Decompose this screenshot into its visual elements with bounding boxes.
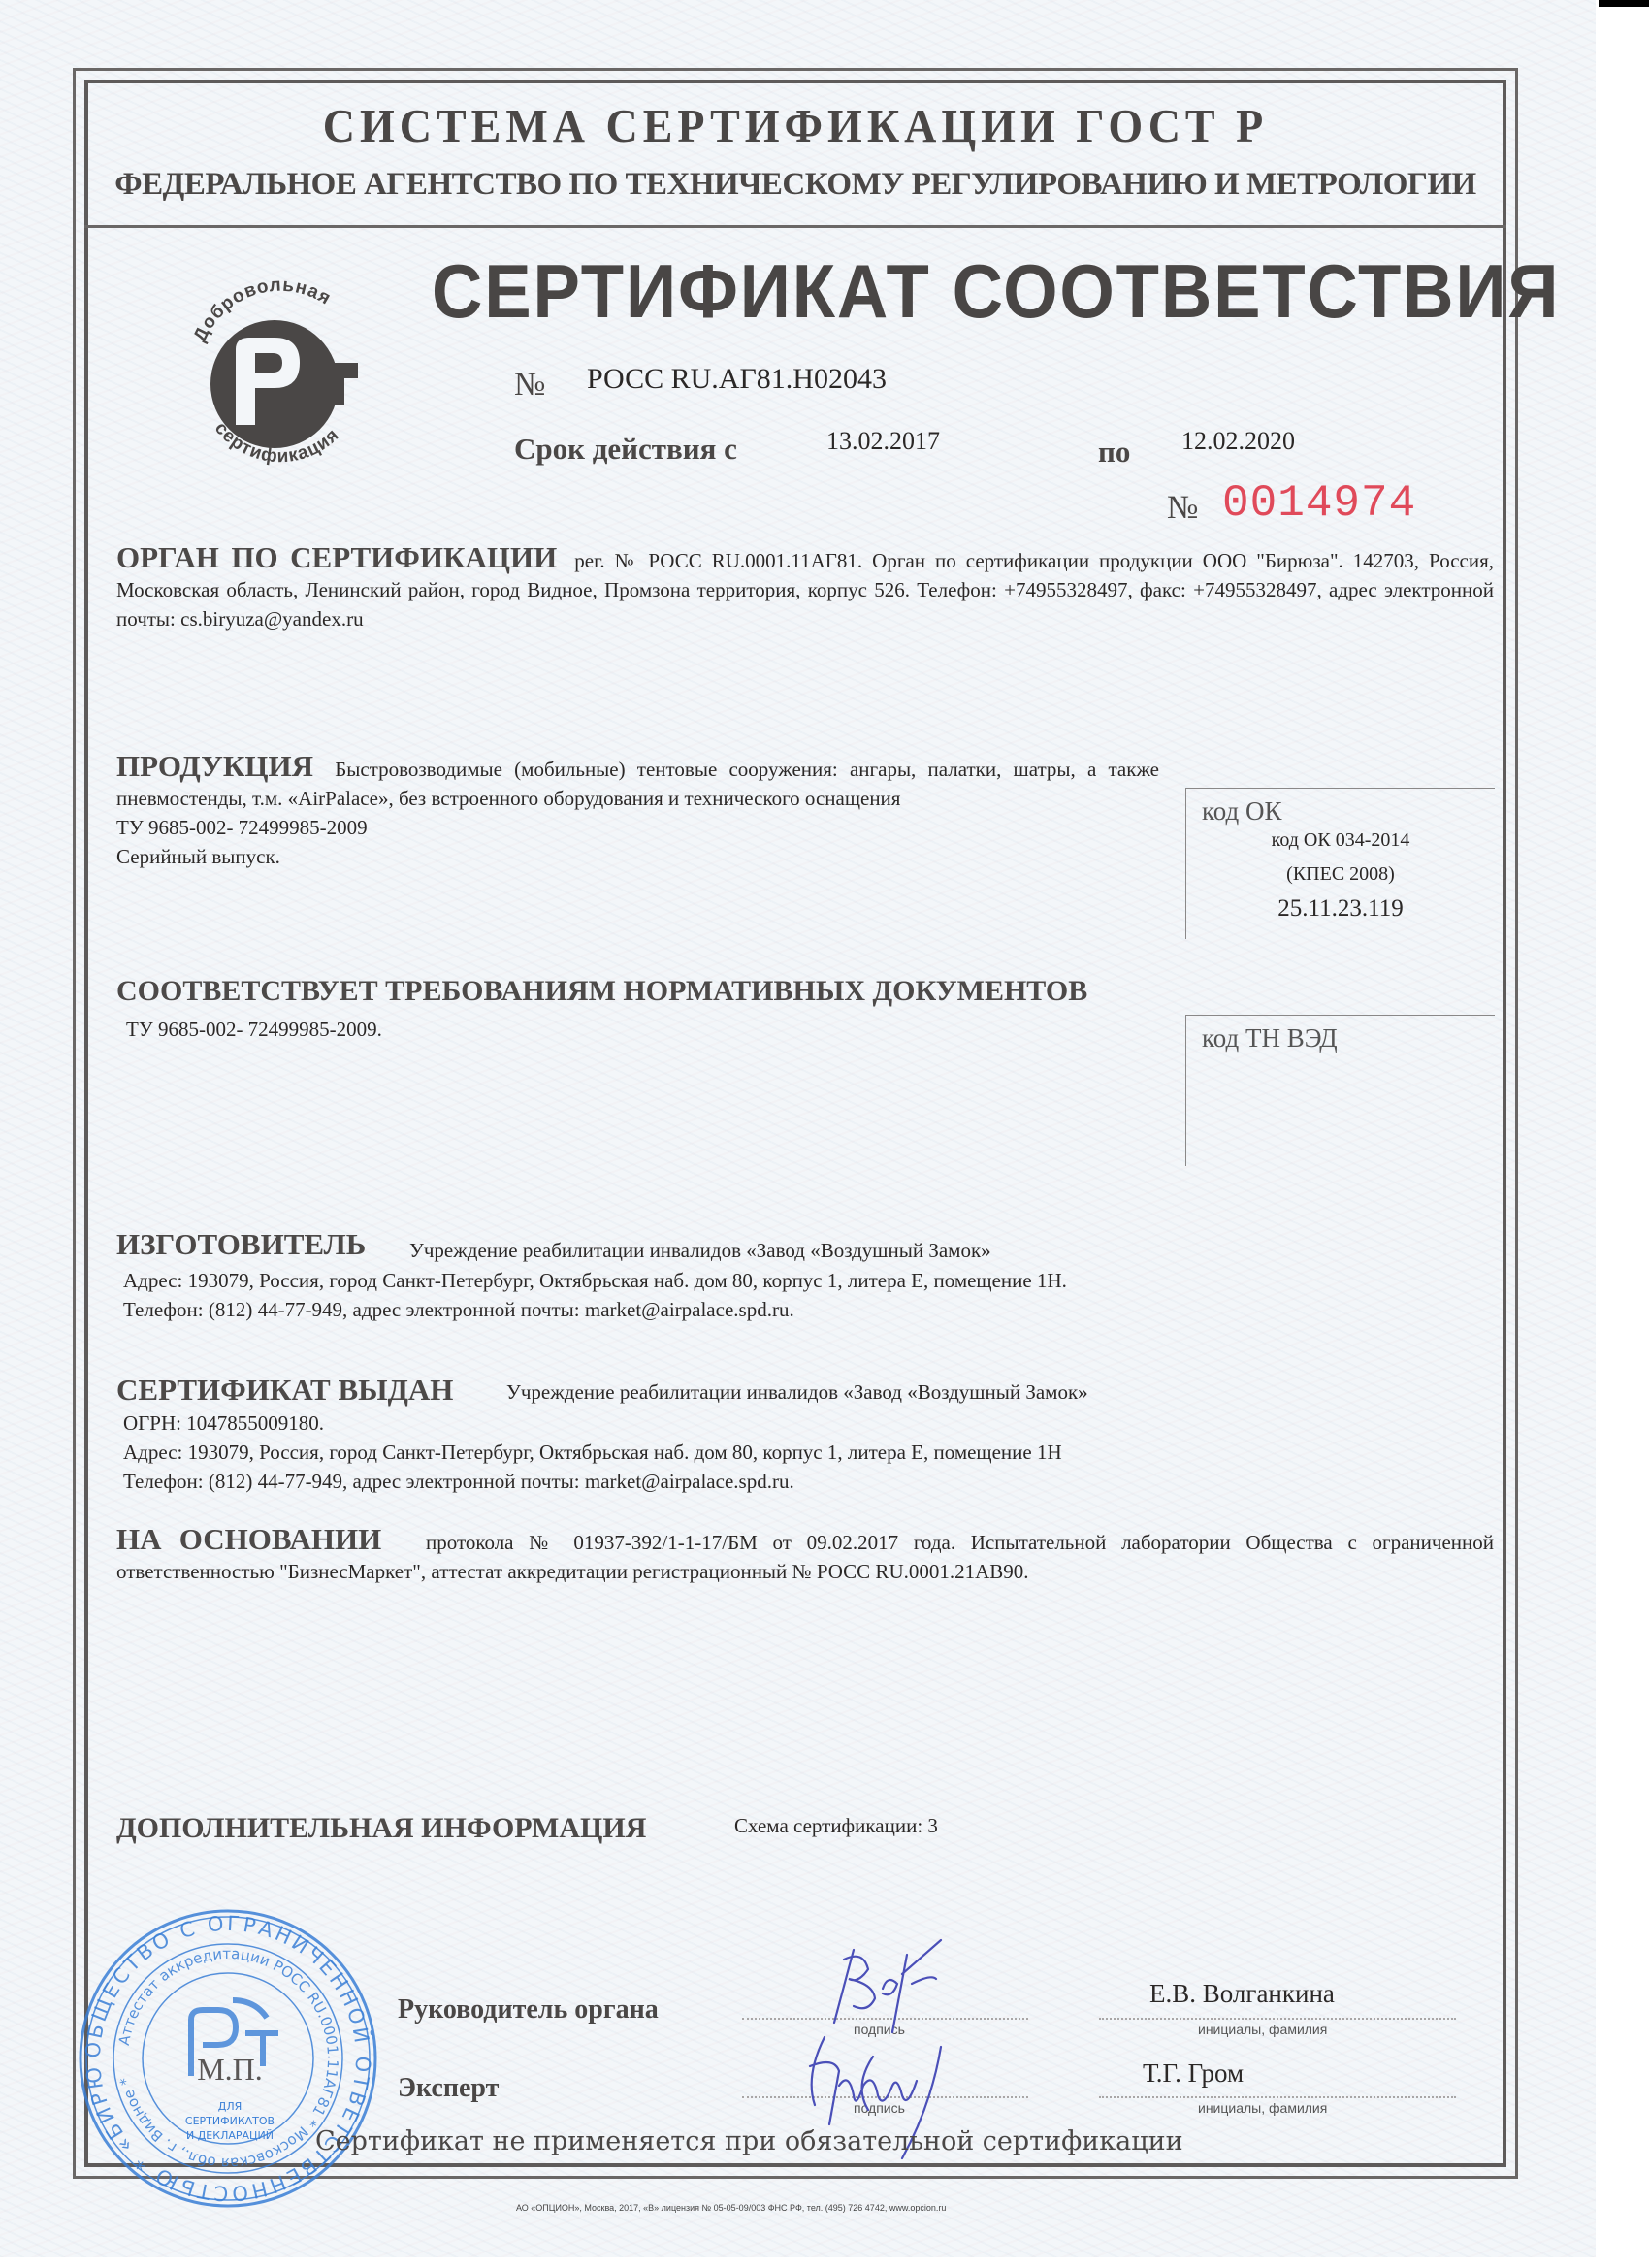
voluntary-certification-note: Сертификат не применяется при обязательн… <box>315 2126 1183 2156</box>
product-heading: ПРОДУКЦИЯ <box>116 749 313 783</box>
manufacturer-heading: ИЗГОТОВИТЕЛЬ <box>116 1227 366 1262</box>
issued-to-ogrn: ОГРН: 1047855009180. <box>123 1409 324 1438</box>
serial-number-sign: № <box>1167 490 1198 527</box>
certification-body-section: ОРГАН ПО СЕРТИФИКАЦИИ рег. № РОСС RU.000… <box>116 543 1494 633</box>
okpd-classifier: код ОК 034-2014 <box>1186 829 1495 852</box>
validity-label: Срок действия с <box>514 432 737 467</box>
head-name-line <box>1099 2018 1456 2020</box>
additional-info-text: Схема сертификации: 3 <box>734 1814 938 1838</box>
agency-title: ФЕДЕРАЛЬНОЕ АГЕНТСТВО ПО ТЕХНИЧЕСКОМУ РЕ… <box>84 167 1506 203</box>
issued-to-contacts: Телефон: (812) 44-77-949, адрес электрон… <box>123 1467 794 1496</box>
okpd-code-value: 25.11.23.119 <box>1186 895 1495 923</box>
complies-documents: ТУ 9685-002- 72499985-2009. <box>126 1015 382 1044</box>
valid-to-label: по <box>1098 435 1130 470</box>
scan-edge-mark <box>1599 0 1649 7</box>
basis-section: НА ОСНОВАНИИ протокола № 01937-392/1-1-1… <box>116 1525 1494 1586</box>
product-spec: ТУ 9685-002- 72499985-2009 <box>116 813 1159 842</box>
svg-text:М.П.: М.П. <box>197 2052 263 2087</box>
product-series: Серийный выпуск. <box>116 842 1159 871</box>
okpd-code-title: код ОК <box>1202 796 1281 826</box>
complies-heading: СООТВЕТСТВУЕТ ТРЕБОВАНИЯМ НОРМАТИВНЫХ ДО… <box>116 975 1087 1008</box>
svg-text:И ДЕКЛАРАЦИЙ: И ДЕКЛАРАЦИЙ <box>186 2129 274 2142</box>
basis-heading: НА ОСНОВАНИИ <box>116 1522 381 1556</box>
valid-from-date: 13.02.2017 <box>826 427 940 456</box>
system-title: СИСТЕМА СЕРТИФИКАЦИИ ГОСТ Р <box>84 99 1506 153</box>
issued-to-name: Учреждение реабилитации инвалидов «Завод… <box>506 1380 1088 1405</box>
head-name-caption: инициалы, фамилия <box>1198 2022 1327 2037</box>
expert-name: Т.Г. Гром <box>1143 2058 1244 2089</box>
head-of-body-label: Руководитель органа <box>398 1994 659 2025</box>
issued-to-address: Адрес: 193079, Россия, город Санкт-Петер… <box>123 1438 1062 1467</box>
product-section: ПРОДУКЦИЯ Быстровозводимые (мобильные) т… <box>116 752 1159 871</box>
okpd-code-box: код ОК код ОК 034-2014 (КПЕС 2008) 25.11… <box>1185 788 1495 939</box>
okpd-classifier-edition: (КПЕС 2008) <box>1186 863 1495 886</box>
expert-name-caption: инициалы, фамилия <box>1198 2100 1327 2116</box>
manufacturer-name: Учреждение реабилитации инвалидов «Завод… <box>409 1239 991 1263</box>
certificate-number: РОСС RU.АГ81.Н02043 <box>587 363 887 396</box>
tnved-code-box: код ТН ВЭД <box>1185 1015 1495 1166</box>
svg-text:ДЛЯ: ДЛЯ <box>218 2100 242 2113</box>
issued-to-heading: СЕРТИФИКАТ ВЫДАН <box>116 1373 453 1408</box>
certificate-title: СЕРТИФИКАТ СООТВЕТСТВИЯ <box>432 247 1560 336</box>
head-of-body-name: Е.В. Волганкина <box>1149 1979 1335 2009</box>
printer-imprint: АО «ОПЦИОН», Москва, 2017, «В» лицензия … <box>516 2203 946 2213</box>
form-serial-number: 0014974 <box>1222 478 1416 529</box>
certification-body-heading: ОРГАН ПО СЕРТИФИКАЦИИ <box>116 540 557 574</box>
expert-label: Эксперт <box>398 2073 499 2104</box>
manufacturer-contacts: Телефон: (812) 44-77-949, адрес электрон… <box>123 1295 794 1324</box>
number-sign: № <box>514 367 545 404</box>
valid-to-date: 12.02.2020 <box>1181 427 1295 456</box>
rst-voluntary-certification-logo-icon: Добровольная сертификация <box>178 270 381 473</box>
additional-info-heading: ДОПОЛНИТЕЛЬНАЯ ИНФОРМАЦИЯ <box>116 1812 646 1845</box>
expert-name-line <box>1099 2096 1456 2098</box>
organization-seal-stamp-icon: ОБЩЕСТВО С ОГРАНИЧЕННОЙ ОТВЕТСТВЕННОСТЬЮ… <box>73 1903 383 2214</box>
svg-text:СЕРТИФИКАТОВ: СЕРТИФИКАТОВ <box>185 2115 275 2127</box>
manufacturer-address: Адрес: 193079, Россия, город Санкт-Петер… <box>123 1266 1067 1295</box>
header-divider <box>84 225 1506 228</box>
tnved-code-title: код ТН ВЭД <box>1202 1023 1338 1053</box>
